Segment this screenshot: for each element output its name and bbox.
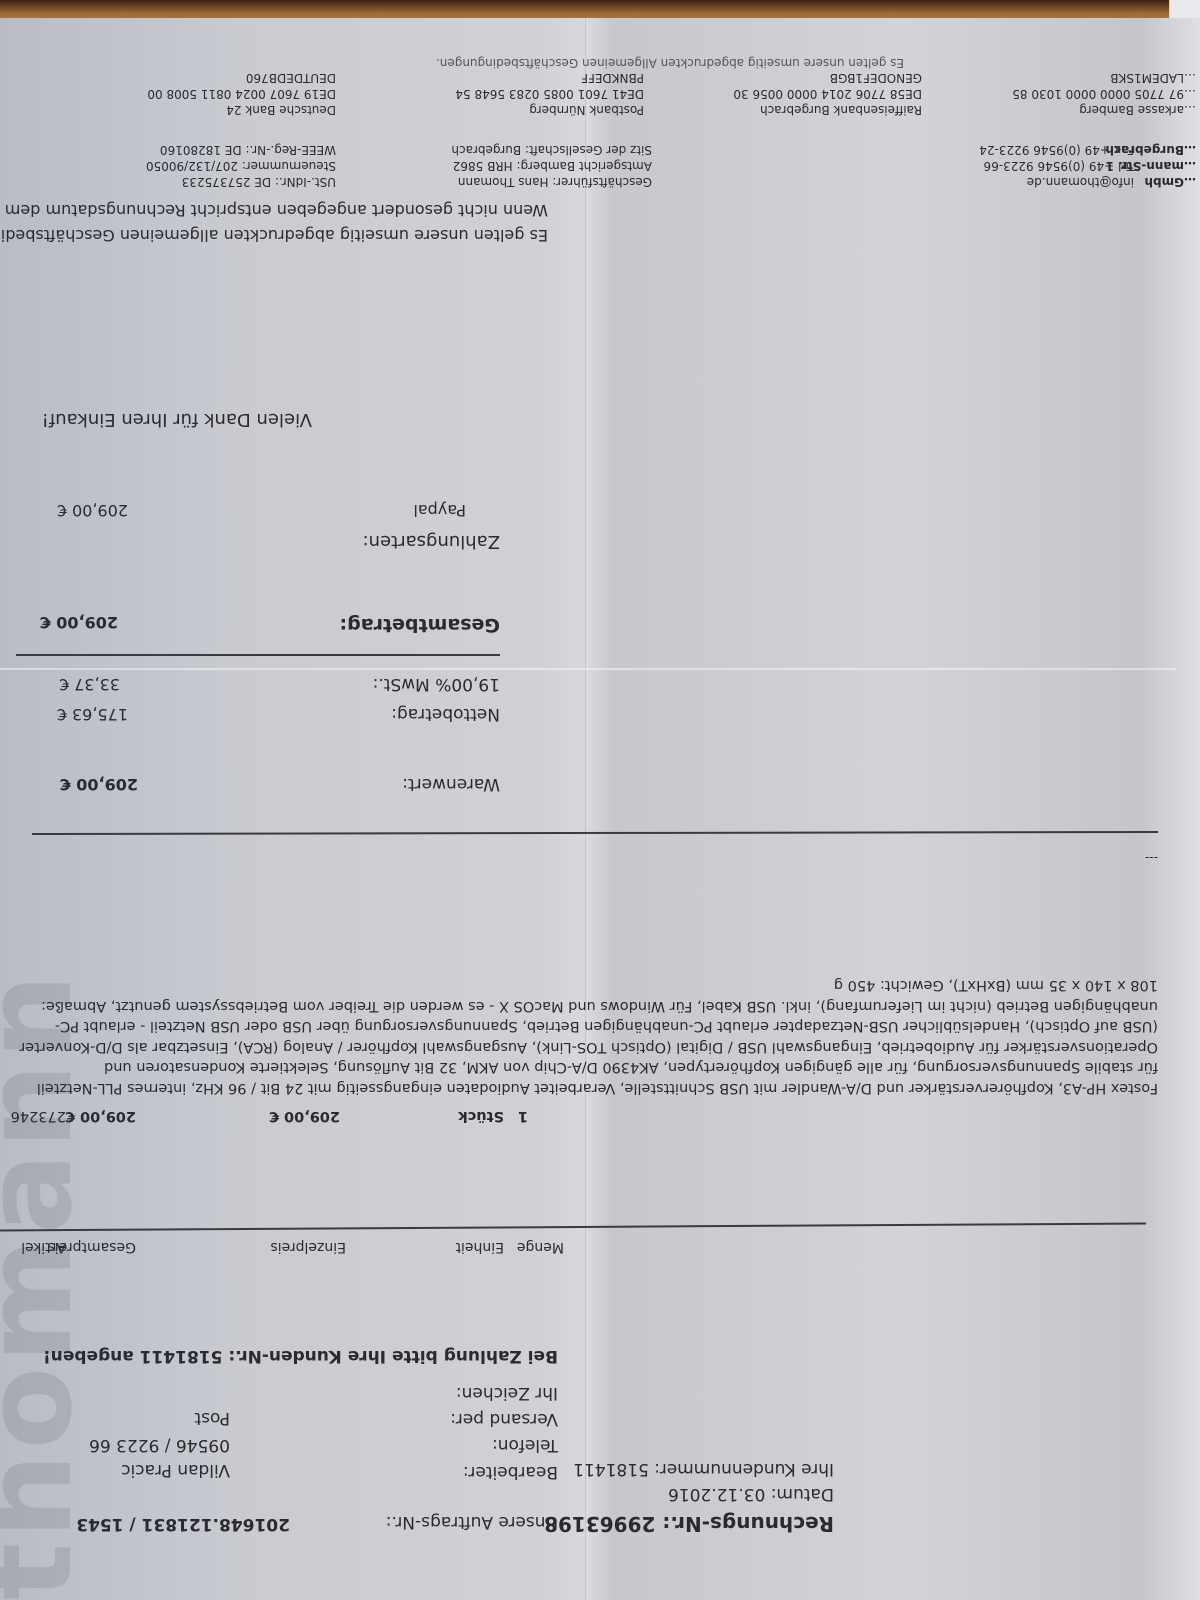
payment-note: Bei Zahlung bitte Ihre Kunden-Nr.: 51814… [43,1346,558,1366]
bottom-terms: Es gelten unsere umseitig abgedruckten A… [436,56,904,70]
goods-value-label: Warenwert: [402,774,500,794]
article-quantity: 1 [518,1108,528,1124]
bank-iban: …97 7705 0000 0000 1030 85 [1012,86,1196,102]
bank-iban: DE41 7601 0085 0283 5648 54 [455,86,644,102]
table-end-rule [32,832,1158,835]
bank-iban: DE58 7706 2014 0000 0056 30 [733,86,922,102]
bank-bic: PBNKDEFF [455,70,644,86]
footer-legal: Geschäftsführer: Hans Thomann Amtsgerich… [451,142,652,190]
fold-line-horizontal [0,668,1176,670]
order-number-value: 201648.121831 / 1543 [76,1514,290,1534]
contact-fax: Fax +49 (0)9546 9223-24 [979,142,1134,158]
invoice-number-value: 29963198 [544,1512,655,1536]
net-value: 175,63 € [57,705,128,724]
bank-name: Deutsche Bank 24 [147,102,336,118]
payment-methods-label: Zahlungsarten: [363,531,500,552]
payment-method: Paypal [413,501,466,520]
legal-register: Amtsgericht Bamberg: HRB 5862 [451,158,652,174]
column-header-unit: Einheit [456,1239,504,1255]
customer-number-value: 5181411 [573,1459,649,1479]
field-label: Versand per: [450,1409,558,1429]
footer-tax: USt.-IdNr.: DE 257375233 Steuernummer: 2… [146,142,336,190]
bank-name: …arkasse Bamberg [1012,102,1196,118]
bank-bic: …LADEM1SKB [1012,70,1196,86]
tax-number: Steuernummer: 207/132/90050 [146,158,336,174]
totals-rule [16,655,500,657]
article-description: Fostex HP-A3, Kopfhörerverstärker und D/… [18,975,1158,1098]
article-unit: Stück [458,1108,504,1124]
continuation-marker: --- [1145,851,1158,865]
bank-bic: DEUTDEDB760 [147,70,336,86]
legal-managing-director: Geschäftsführer: Hans Thomann [451,174,652,190]
vat-value: 33,37 € [59,675,120,694]
footer-contact: info@thomann.de Tel +49 (0)9546 9223-66 … [979,142,1134,190]
column-header-quantity: Menge [517,1239,564,1255]
article-total-price: 209,00 € [65,1108,136,1124]
contact-phone: Tel +49 (0)9546 9223-66 [979,158,1134,174]
tax-vat-id: USt.-IdNr.: DE 257375233 [146,174,336,190]
bank-name: Postbank Nürnberg [455,102,644,118]
goods-value: 209,00 € [60,775,138,794]
terms-line-2: Wenn nicht gesondert angegeben entsprich… [0,201,548,220]
vat-label: 19,00% MwSt.: [373,674,500,694]
order-number-label: Unsere Auftrags-Nr.: [386,1512,558,1532]
net-label: Nettobetrag: [391,704,500,724]
article-unit-price: 209,00 € [269,1108,340,1124]
grand-total-value: 209,00 € [40,613,118,632]
bank-block: Deutsche Bank 24 DE19 7607 0024 0811 500… [147,70,336,118]
bank-block: …arkasse Bamberg …97 7705 0000 0000 1030… [1012,70,1196,118]
bank-iban: DE19 7607 0024 0811 5008 00 [147,86,336,102]
customer-number: Ihre Kundennummer: 5181411 [573,1459,834,1479]
terms-line-1: Es gelten unsere umseitig abgedruckten a… [0,226,548,245]
customer-number-label: Ihre Kundennummer: [654,1459,834,1479]
bank-bic: GENODEF1BGB [733,70,922,86]
field-value: 09546 / 9223 66 [89,1435,230,1455]
date-value: 03.12.2016 [668,1484,765,1504]
invoice-date: Datum: 03.12.2016 [668,1484,834,1504]
column-header-unit-price: Einzelpreis [270,1239,346,1255]
payment-amount: 209,00 € [57,501,128,520]
tax-weee: WEEE-Reg.-Nr.: DE 18280160 [146,142,336,158]
article-number: 273246 [11,1108,66,1124]
bank-block: Postbank Nürnberg DE41 7601 0085 0283 56… [455,70,644,118]
bank-block: Raiffeisenbank Burgebrach DE58 7706 2014… [733,70,922,118]
column-header-total-price: Gesamtpreis [47,1239,136,1255]
invoice-sheet: thomann Rechnungs-Nr.: 29963198 Datum: 0… [0,18,1200,1600]
field-label: Bearbeiter: [463,1462,558,1482]
field-value: Post [194,1408,230,1428]
grand-total-label: Gesamtbetrag: [340,614,500,636]
field-label: Ihr Zeichen: [456,1383,558,1403]
bank-name: Raiffeisenbank Burgebrach [733,102,922,118]
invoice-page: thomann Rechnungs-Nr.: 29963198 Datum: 0… [0,18,1176,1600]
date-label: Datum: [771,1484,834,1504]
fold-line-vertical [585,18,588,1600]
contact-email: info@thomann.de [979,174,1134,190]
field-value: Vildan Pracic [121,1460,230,1480]
legal-seat: Sitz der Gesellschaft: Burgebrach [451,142,652,158]
invoice-number: Rechnungs-Nr.: 29963198 [544,1512,834,1536]
thank-you-message: Vielen Dank für Ihren Einkauf! [42,409,312,430]
invoice-number-label: Rechnungs-Nr.: [662,1512,834,1536]
table-header-rule [0,1223,1146,1232]
field-label: Telefon: [492,1435,558,1455]
